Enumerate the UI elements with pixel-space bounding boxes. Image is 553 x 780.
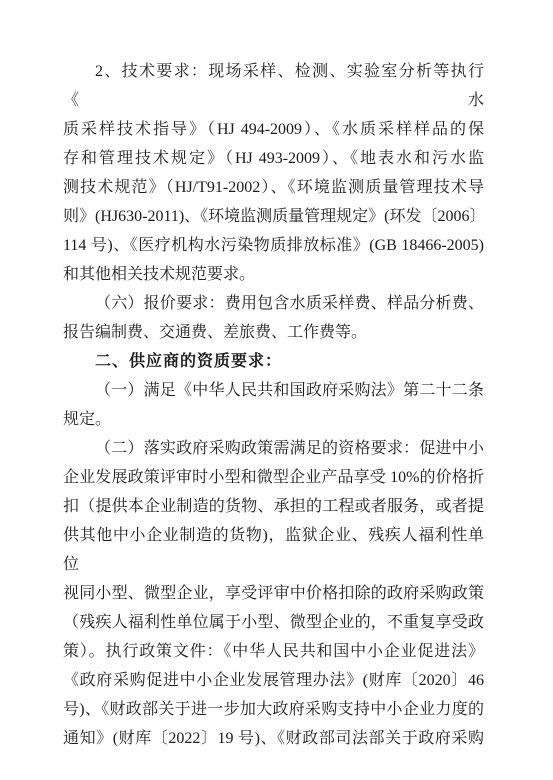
doc-line-qualification-item-2-8: 号)、《财政部关于进一步加大政府采购支持中小企业力度的	[63, 695, 484, 724]
document-body: 2、技术要求：现场采样、检测、实验室分析等执行《水质采样技术指导》（HJ 494…	[63, 57, 484, 753]
doc-line-qualification-item-1-1: 规定。	[63, 405, 484, 434]
doc-line-qualification-item-2-6: 策）。执行政策文件：《中华人民共和国中小企业促进法》	[63, 637, 484, 666]
doc-line-qualification-item-2-2: 扣（提供本企业制造的货物、承担的工程或者服务，或者提	[63, 492, 484, 521]
doc-line-supplier-qualification-heading-0: 二、供应商的资质要求：	[63, 347, 484, 376]
doc-line-technical-requirements-4: 则》(HJ630-2011)、《环境监测质量管理规定》(环发〔2006〕	[63, 202, 484, 231]
doc-line-technical-requirements-6: 和其他相关技术规范要求。	[63, 260, 484, 289]
doc-line-technical-requirements-5: 114 号)、《医疗机构水污染物质排放标准》(GB 18466-2005)	[63, 231, 484, 260]
doc-line-qualification-item-2-4: 视同小型、微型企业，享受评审中价格扣除的政府采购政策	[63, 579, 484, 608]
doc-line-qualification-item-1-0: （一）满足《中华人民共和国政府采购法》第二十二条	[63, 376, 484, 405]
document-page: 2、技术要求：现场采样、检测、实验室分析等执行《水质采样技术指导》（HJ 494…	[0, 0, 553, 780]
doc-line-technical-requirements-3: 测技术规范》（HJ/T91-2002）、《环境监测质量管理技术导	[63, 173, 484, 202]
doc-line-technical-requirements-2: 存和管理技术规定》（HJ 493-2009）、《地表水和污水监	[63, 144, 484, 173]
doc-line-qualification-item-2-1: 企业发展政策评审时小型和微型企业产品享受 10%的价格折	[63, 463, 484, 492]
doc-line-technical-requirements-0: 2、技术要求：现场采样、检测、实验室分析等执行《水	[63, 57, 484, 115]
doc-line-quotation-requirements-1: 报告编制费、交通费、差旅费、工作费等。	[63, 318, 484, 347]
doc-line-qualification-item-2-7: 《政府采购促进中小企业发展管理办法》(财库〔2020〕46	[63, 666, 484, 695]
doc-line-qualification-item-2-9: 通知》(财库〔2022〕19 号)、《财政部司法部关于政府采购	[63, 724, 484, 753]
doc-line-qualification-item-2-0: （二）落实政府采购政策需满足的资格要求：促进中小	[63, 434, 484, 463]
doc-line-qualification-item-2-5: （残疾人福利性单位属于小型、微型企业的，不重复享受政	[63, 608, 484, 637]
doc-line-qualification-item-2-3: 供其他中小企业制造的货物)，监狱企业、残疾人福利性单位	[63, 521, 484, 579]
doc-line-technical-requirements-1: 质采样技术指导》（HJ 494-2009）、《水质采样样品的保	[63, 115, 484, 144]
doc-line-quotation-requirements-0: （六）报价要求：费用包含水质采样费、样品分析费、	[63, 289, 484, 318]
